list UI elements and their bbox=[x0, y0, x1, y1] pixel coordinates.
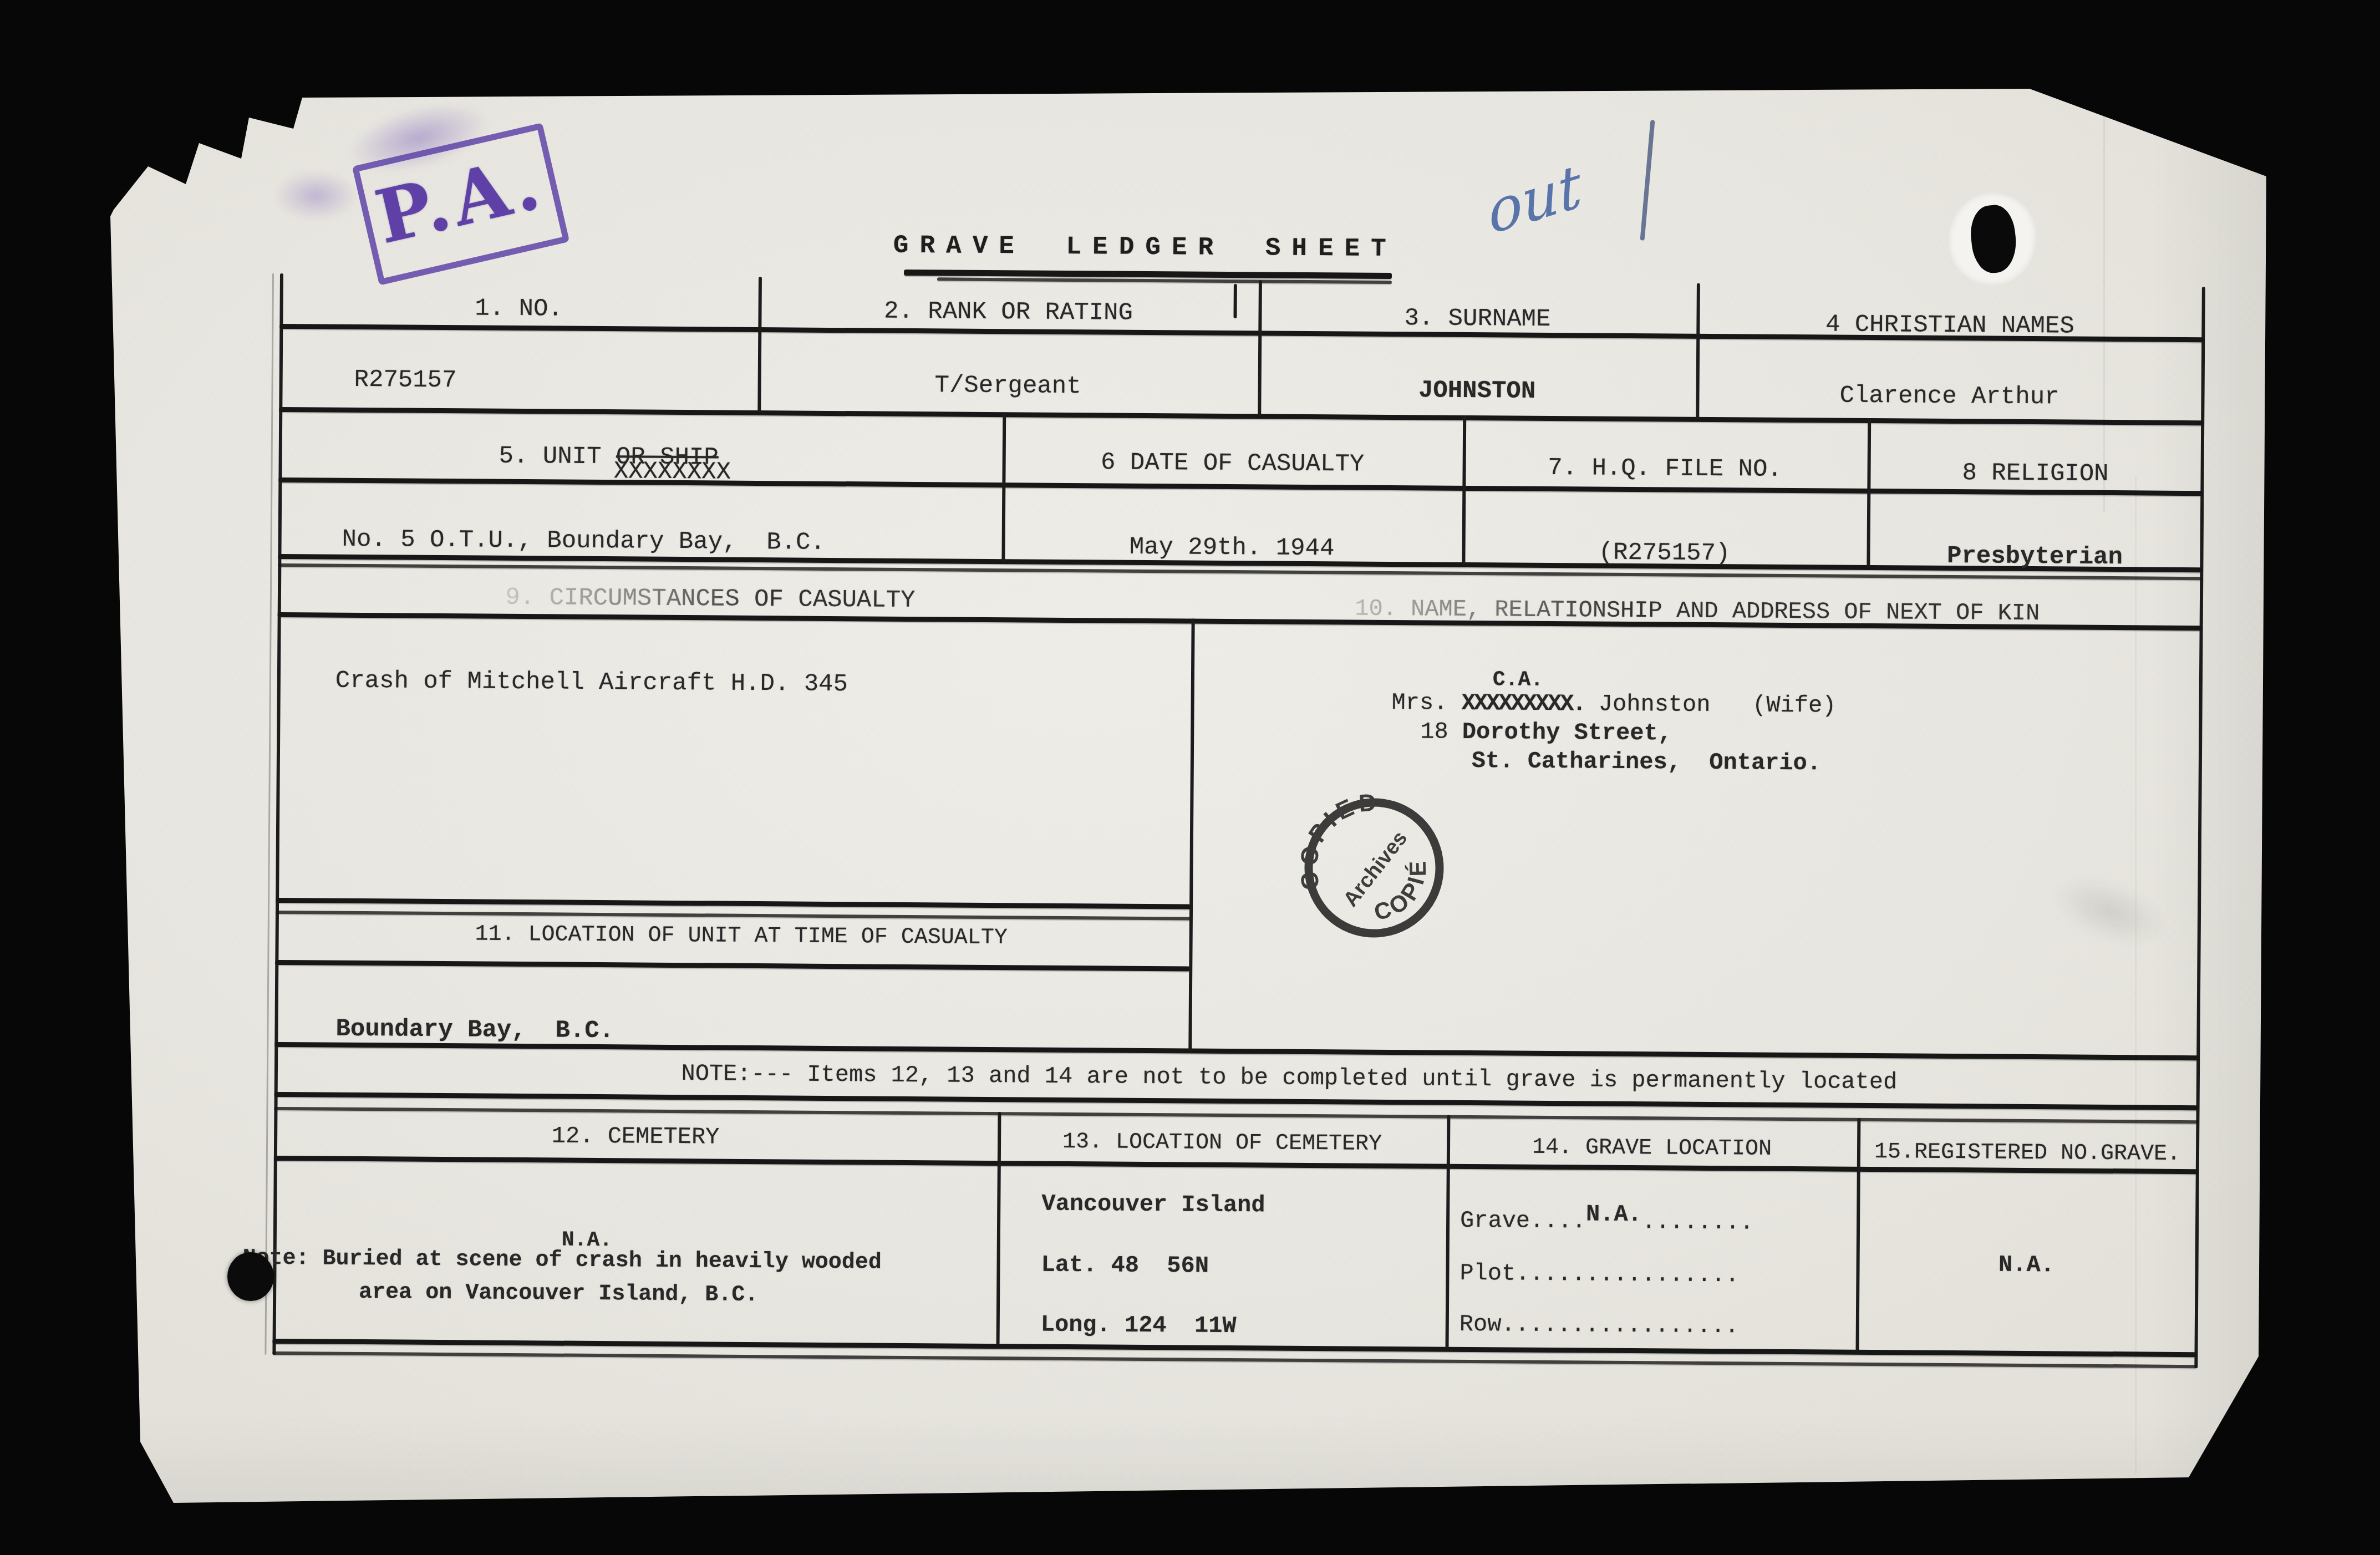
field-kin-label: 10. NAME, RELATIONSHIP AND ADDRESS OF NE… bbox=[1355, 596, 2040, 627]
rule-under-item11-header bbox=[275, 960, 1190, 972]
field-date-value: May 29th. 1944 bbox=[1130, 534, 1335, 562]
field-religion-label: 8 RELIGION bbox=[1962, 460, 2108, 487]
field-circumstances-value: Crash of Mitchell Aircraft H.D. 345 bbox=[335, 668, 848, 698]
field-surname-label: 3. SURNAME bbox=[1404, 305, 1550, 333]
rule-under-row2-headers bbox=[278, 477, 2203, 496]
field-rank-value: T/Sergeant bbox=[934, 372, 1081, 400]
kin-line2-no: 18 bbox=[1420, 718, 1448, 745]
field-unit-value: No. 5 O.T.U., Boundary Bay, B.C. bbox=[342, 526, 825, 556]
divider-col1-col2 bbox=[757, 277, 762, 413]
field-unit-strikeover: XXXXXXXX bbox=[614, 458, 731, 486]
grave-suffix: ........ bbox=[1642, 1208, 1754, 1236]
field-unit-location-value: Boundary Bay, B.C. bbox=[335, 1016, 614, 1045]
kin-line1-pre: Mrs. bbox=[1391, 689, 1461, 716]
grave-line: Grave....N.A......... bbox=[1460, 1208, 1754, 1236]
cemetery-note-line2: area on Vancouver Island, B.C. bbox=[359, 1280, 758, 1308]
field-date-label: 6 DATE OF CASUALTY bbox=[1101, 449, 1365, 478]
cemetery-location-line2: Lat. 48 56N bbox=[1041, 1252, 1209, 1279]
kin-line1: C.A.Mrs. XXXXXXXXX. Johnston (Wife) bbox=[1391, 690, 1836, 719]
grave-value: N.A. bbox=[1586, 1201, 1642, 1228]
divider-col2-col3 bbox=[1258, 280, 1262, 416]
ledger-sheet-paper: GRAVE LEDGER SHEET bbox=[108, 88, 2271, 1507]
kin-line1-post: Johnston (Wife) bbox=[1585, 690, 1837, 719]
scanned-document-stage: GRAVE LEDGER SHEET bbox=[0, 0, 2380, 1555]
torn-hole bbox=[1948, 192, 2037, 287]
note-banner: NOTE:--- Items 12, 13 and 14 are not to … bbox=[681, 1061, 1897, 1095]
row-line: Row................. bbox=[1459, 1312, 1739, 1339]
pa-stamp-text: P.A. bbox=[368, 139, 552, 261]
divider-col6-col7 bbox=[1462, 415, 1466, 565]
field-cemetery-label: 12. CEMETERY bbox=[552, 1123, 720, 1150]
edge-shading-right bbox=[2149, 88, 2271, 1507]
kin-line3: St. Catharines, Ontario. bbox=[1472, 748, 1821, 776]
field-circumstances-label: 9. CIRCUMSTANCES OF CASUALTY bbox=[505, 585, 916, 614]
field-unit-label-struck-wrap: OR SHIPXXXXXXXX bbox=[616, 444, 719, 471]
field-no-label: 1. NO. bbox=[475, 295, 563, 322]
cemetery-location-line1: Vancouver Island bbox=[1041, 1191, 1265, 1218]
paper-crease bbox=[2103, 90, 2105, 512]
table-left-border-ghost bbox=[265, 273, 274, 1355]
rule-under-note-banner bbox=[274, 1092, 2199, 1110]
field-cemetery-location-label: 13. LOCATION OF CEMETERY bbox=[1062, 1130, 1382, 1157]
registered-value: N.A. bbox=[1998, 1252, 2054, 1278]
rule-above-item11 bbox=[276, 898, 1191, 909]
grave-prefix: Grave.... bbox=[1460, 1207, 1586, 1235]
field-christian-label: 4 CHRISTIAN NAMES bbox=[1825, 311, 2074, 340]
field-rank-label: 2. RANK OR RATING bbox=[884, 298, 1133, 327]
kin-line2: 18 Dorothy Street, bbox=[1420, 719, 1672, 746]
pa-stamp-smudge-2 bbox=[274, 171, 358, 221]
kin-overtype: C.A. bbox=[1493, 668, 1544, 692]
cemetery-note-line1: N.A.Note: Buried at scene of crash in he… bbox=[242, 1247, 881, 1275]
field-unit-label: 5. UNIT OR SHIPXXXXXXXX bbox=[499, 443, 718, 471]
field-unit-location-label: 11. LOCATION OF UNIT AT TIME OF CASUALTY bbox=[475, 922, 1007, 951]
field-no-value: R275157 bbox=[354, 367, 456, 394]
divider-col14-col15 bbox=[1856, 1118, 1861, 1351]
field-grave-location-label: 14. GRAVE LOCATION bbox=[1532, 1136, 1772, 1162]
edge-shading-bottom bbox=[108, 1413, 2271, 1507]
rule-above-item11-2 bbox=[276, 911, 1191, 921]
cemetery-location-line3: Long. 124 11W bbox=[1041, 1312, 1237, 1339]
field-unit-label-pre: 5. UNIT bbox=[499, 443, 616, 471]
field-surname-value: JOHNSTON bbox=[1418, 377, 1536, 405]
page-title: GRAVE LEDGER SHEET bbox=[893, 232, 1397, 263]
paper-crease-2 bbox=[2135, 476, 2137, 1474]
punch-hole bbox=[227, 1252, 274, 1301]
divider-col12-col13 bbox=[996, 1112, 1001, 1345]
kin-line1-struck: XXXXXXXXX. bbox=[1462, 690, 1585, 718]
divider-col7-col8 bbox=[1867, 418, 1871, 568]
rule-above-note-banner bbox=[274, 1042, 2199, 1060]
field-religion-value: Presbyterian bbox=[1947, 543, 2123, 571]
field-hq-label: 7. H.Q. FILE NO. bbox=[1548, 455, 1782, 483]
field-hq-value: (R275157) bbox=[1599, 540, 1731, 567]
cemetery-note-overtype: N.A. bbox=[562, 1229, 613, 1252]
divider-col3-col4 bbox=[1696, 283, 1700, 419]
plot-line: Plot................ bbox=[1459, 1261, 1739, 1288]
divider-col5-col6 bbox=[1001, 412, 1006, 562]
divider-col13-col14 bbox=[1446, 1115, 1451, 1348]
printed-content: GRAVE LEDGER SHEET bbox=[99, 87, 2272, 1521]
title-tick-line bbox=[1233, 284, 1237, 318]
divider-col9-col10 bbox=[1188, 618, 1194, 1051]
kin-line2-street: Dorothy Street, bbox=[1448, 719, 1672, 747]
field-christian-value: Clarence Arthur bbox=[1839, 383, 2059, 411]
rule-under-note-banner-2 bbox=[274, 1107, 2198, 1124]
table-left-border bbox=[272, 273, 283, 1355]
